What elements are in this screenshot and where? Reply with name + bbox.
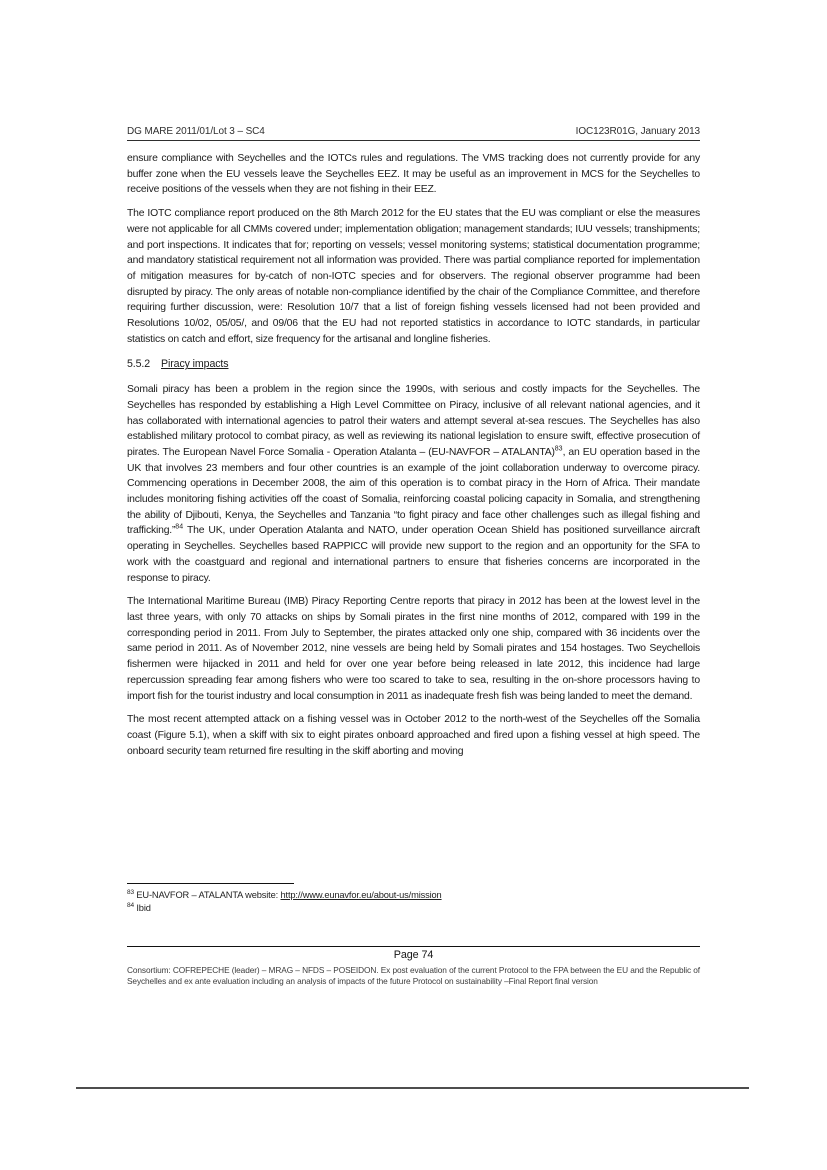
header-right-reference: IOC123R01G, January 2013 (576, 126, 700, 137)
consortium-note: Consortium: COFREPECHE (leader) – MRAG –… (127, 965, 700, 987)
page-number: Page 74 (127, 949, 700, 961)
paragraph-somali-piracy: Somali piracy has been a problem in the … (127, 382, 700, 586)
footnote-84-text: Ibid (136, 903, 150, 913)
footnote-block: 83 EU-NAVFOR – ATALANTA website: http://… (127, 883, 700, 914)
bottom-page-rule (76, 1087, 749, 1089)
document-body: ensure compliance with Seychelles and th… (127, 151, 700, 767)
paragraph-recent-attack: The most recent attempted attack on a fi… (127, 712, 700, 759)
page-footer: Page 74 Consortium: COFREPECHE (leader) … (127, 946, 700, 987)
footnote-83-text: EU-NAVFOR – ATALANTA website: (136, 890, 280, 900)
footnote-83: 83 EU-NAVFOR – ATALANTA website: http://… (127, 889, 700, 902)
section-heading-piracy-impacts: 5.5.2Piracy impacts (127, 357, 700, 373)
section-number: 5.5.2 (127, 357, 161, 373)
paragraph-imb-reporting: The International Maritime Bureau (IMB) … (127, 594, 700, 704)
footnote-separator-line (127, 883, 294, 884)
page-header: DG MARE 2011/01/Lot 3 – SC4 IOC123R01G, … (127, 126, 700, 141)
paragraph-compliance-vms: ensure compliance with Seychelles and th… (127, 151, 700, 198)
footnote-83-link[interactable]: http://www.eunavfor.eu/about-us/mission (281, 890, 442, 900)
section-title: Piracy impacts (161, 358, 228, 370)
header-left-reference: DG MARE 2011/01/Lot 3 – SC4 (127, 126, 265, 137)
footnote-84-marker: 84 (127, 901, 134, 908)
footnote-84: 84 Ibid (127, 902, 700, 915)
footnote-83-marker: 83 (127, 889, 134, 896)
paragraph-iotc-compliance-report: The IOTC compliance report produced on t… (127, 206, 700, 347)
